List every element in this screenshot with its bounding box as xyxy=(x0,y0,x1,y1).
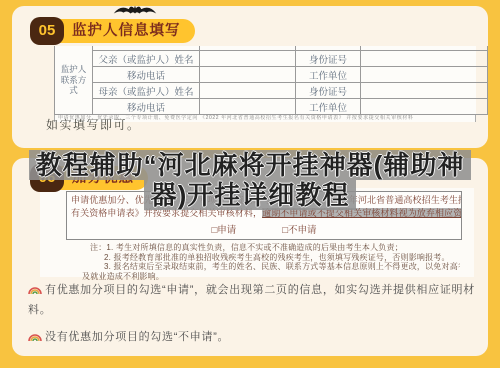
tip-text: 有优惠加分项目的勾选“申请”，就会出现第二页的信息，如实勾选并提供相应证明材料。 xyxy=(28,284,475,316)
mobile-label: 移动电话 xyxy=(93,99,200,115)
guardian-table: 监护人联系方式 父亲（或监护人）姓名 身份证号 移动电话 工作单位 xyxy=(54,46,488,115)
watermark-line-2: 器)开挂详细教程 xyxy=(144,180,357,210)
tip-text: 没有优惠加分项目的勾选“不申请”。 xyxy=(45,331,229,343)
watermark-overlay: 教程辅助“河北麻将开挂神器(辅助神 器)开挂详细教程 xyxy=(12,150,488,210)
not-apply-checkbox: □不申请 xyxy=(282,222,316,236)
id-number-label: 身份证号 xyxy=(296,51,361,67)
bat-icon xyxy=(112,1,158,19)
fill-truthfully-hint: 如实填写即可。 xyxy=(46,116,141,133)
id-number-value xyxy=(361,51,488,67)
note-line-3: 3. 报名结束后至录取结束前，考生的姓名、民族、联系方式等基本信息原则上不得更改… xyxy=(90,262,460,272)
id-number-value xyxy=(361,83,488,99)
table-row: 父亲（或监护人）姓名 身份证号 xyxy=(55,51,488,67)
note-line-1: 注：1. 考生对所填信息的真实性负责，信息不实或不准确造成的后果由考生本人负责； xyxy=(90,243,460,253)
work-unit-label: 工作单位 xyxy=(296,67,361,83)
section-05-number-badge: 05 xyxy=(30,17,64,45)
mother-name-label: 母亲（或监护人）姓名 xyxy=(93,83,200,99)
guardian-table-vertical-label: 监护人联系方式 xyxy=(55,46,93,115)
rainbow-icon xyxy=(28,283,42,294)
tip-item-not-apply: 没有优惠加分项目的勾选“不申请”。 xyxy=(28,327,478,347)
work-unit-label: 工作单位 xyxy=(296,99,361,115)
table-row: 移动电话 工作单位 xyxy=(55,67,488,83)
form-notes: 注：1. 考生对所填信息的真实性负责，信息不实或不准确造成的后果由考生本人负责；… xyxy=(90,243,460,281)
mother-name-value xyxy=(200,83,296,99)
tutorial-page: 监护人信息填写 05 监护人联系方式 父亲（或监护人）姓名 身份证号 xyxy=(0,0,500,368)
apply-checkbox: □申请 xyxy=(212,222,237,236)
checkbox-row: □申请 □不申请 xyxy=(67,222,461,236)
mobile-value xyxy=(200,99,296,115)
mobile-label: 移动电话 xyxy=(93,67,200,83)
watermark-line-1: 教程辅助“河北麻将开挂神器(辅助神 xyxy=(29,150,472,180)
work-unit-value xyxy=(361,67,488,83)
section-05-title: 监护人信息填写 xyxy=(42,19,195,43)
table-row: 母亲（或监护人）姓名 身份证号 xyxy=(55,83,488,99)
father-name-value xyxy=(200,51,296,67)
table-row: 移动电话 工作单位 xyxy=(55,99,488,115)
section-05-card: 监护人信息填写 05 监护人联系方式 父亲（或监护人）姓名 身份证号 xyxy=(12,6,488,148)
guardian-table-screenshot: 监护人联系方式 父亲（或监护人）姓名 身份证号 移动电话 工作单位 xyxy=(54,46,476,122)
tips-list: 有优惠加分项目的勾选“申请”，就会出现第二页的信息，如实勾选并提供相应证明材料。… xyxy=(28,280,478,347)
mobile-value xyxy=(200,67,296,83)
id-number-label: 身份证号 xyxy=(296,83,361,99)
note-line-2: 2. 报考经教育部批准的单独招收残疾考生高校的残疾考生，也须填写残疾证号，否则影… xyxy=(90,253,460,263)
father-name-label: 父亲（或监护人）姓名 xyxy=(93,51,200,67)
tip-item-apply: 有优惠加分项目的勾选“申请”，就会出现第二页的信息，如实勾选并提供相应证明材料。 xyxy=(28,280,478,320)
work-unit-value xyxy=(361,99,488,115)
rainbow-icon xyxy=(28,330,42,341)
